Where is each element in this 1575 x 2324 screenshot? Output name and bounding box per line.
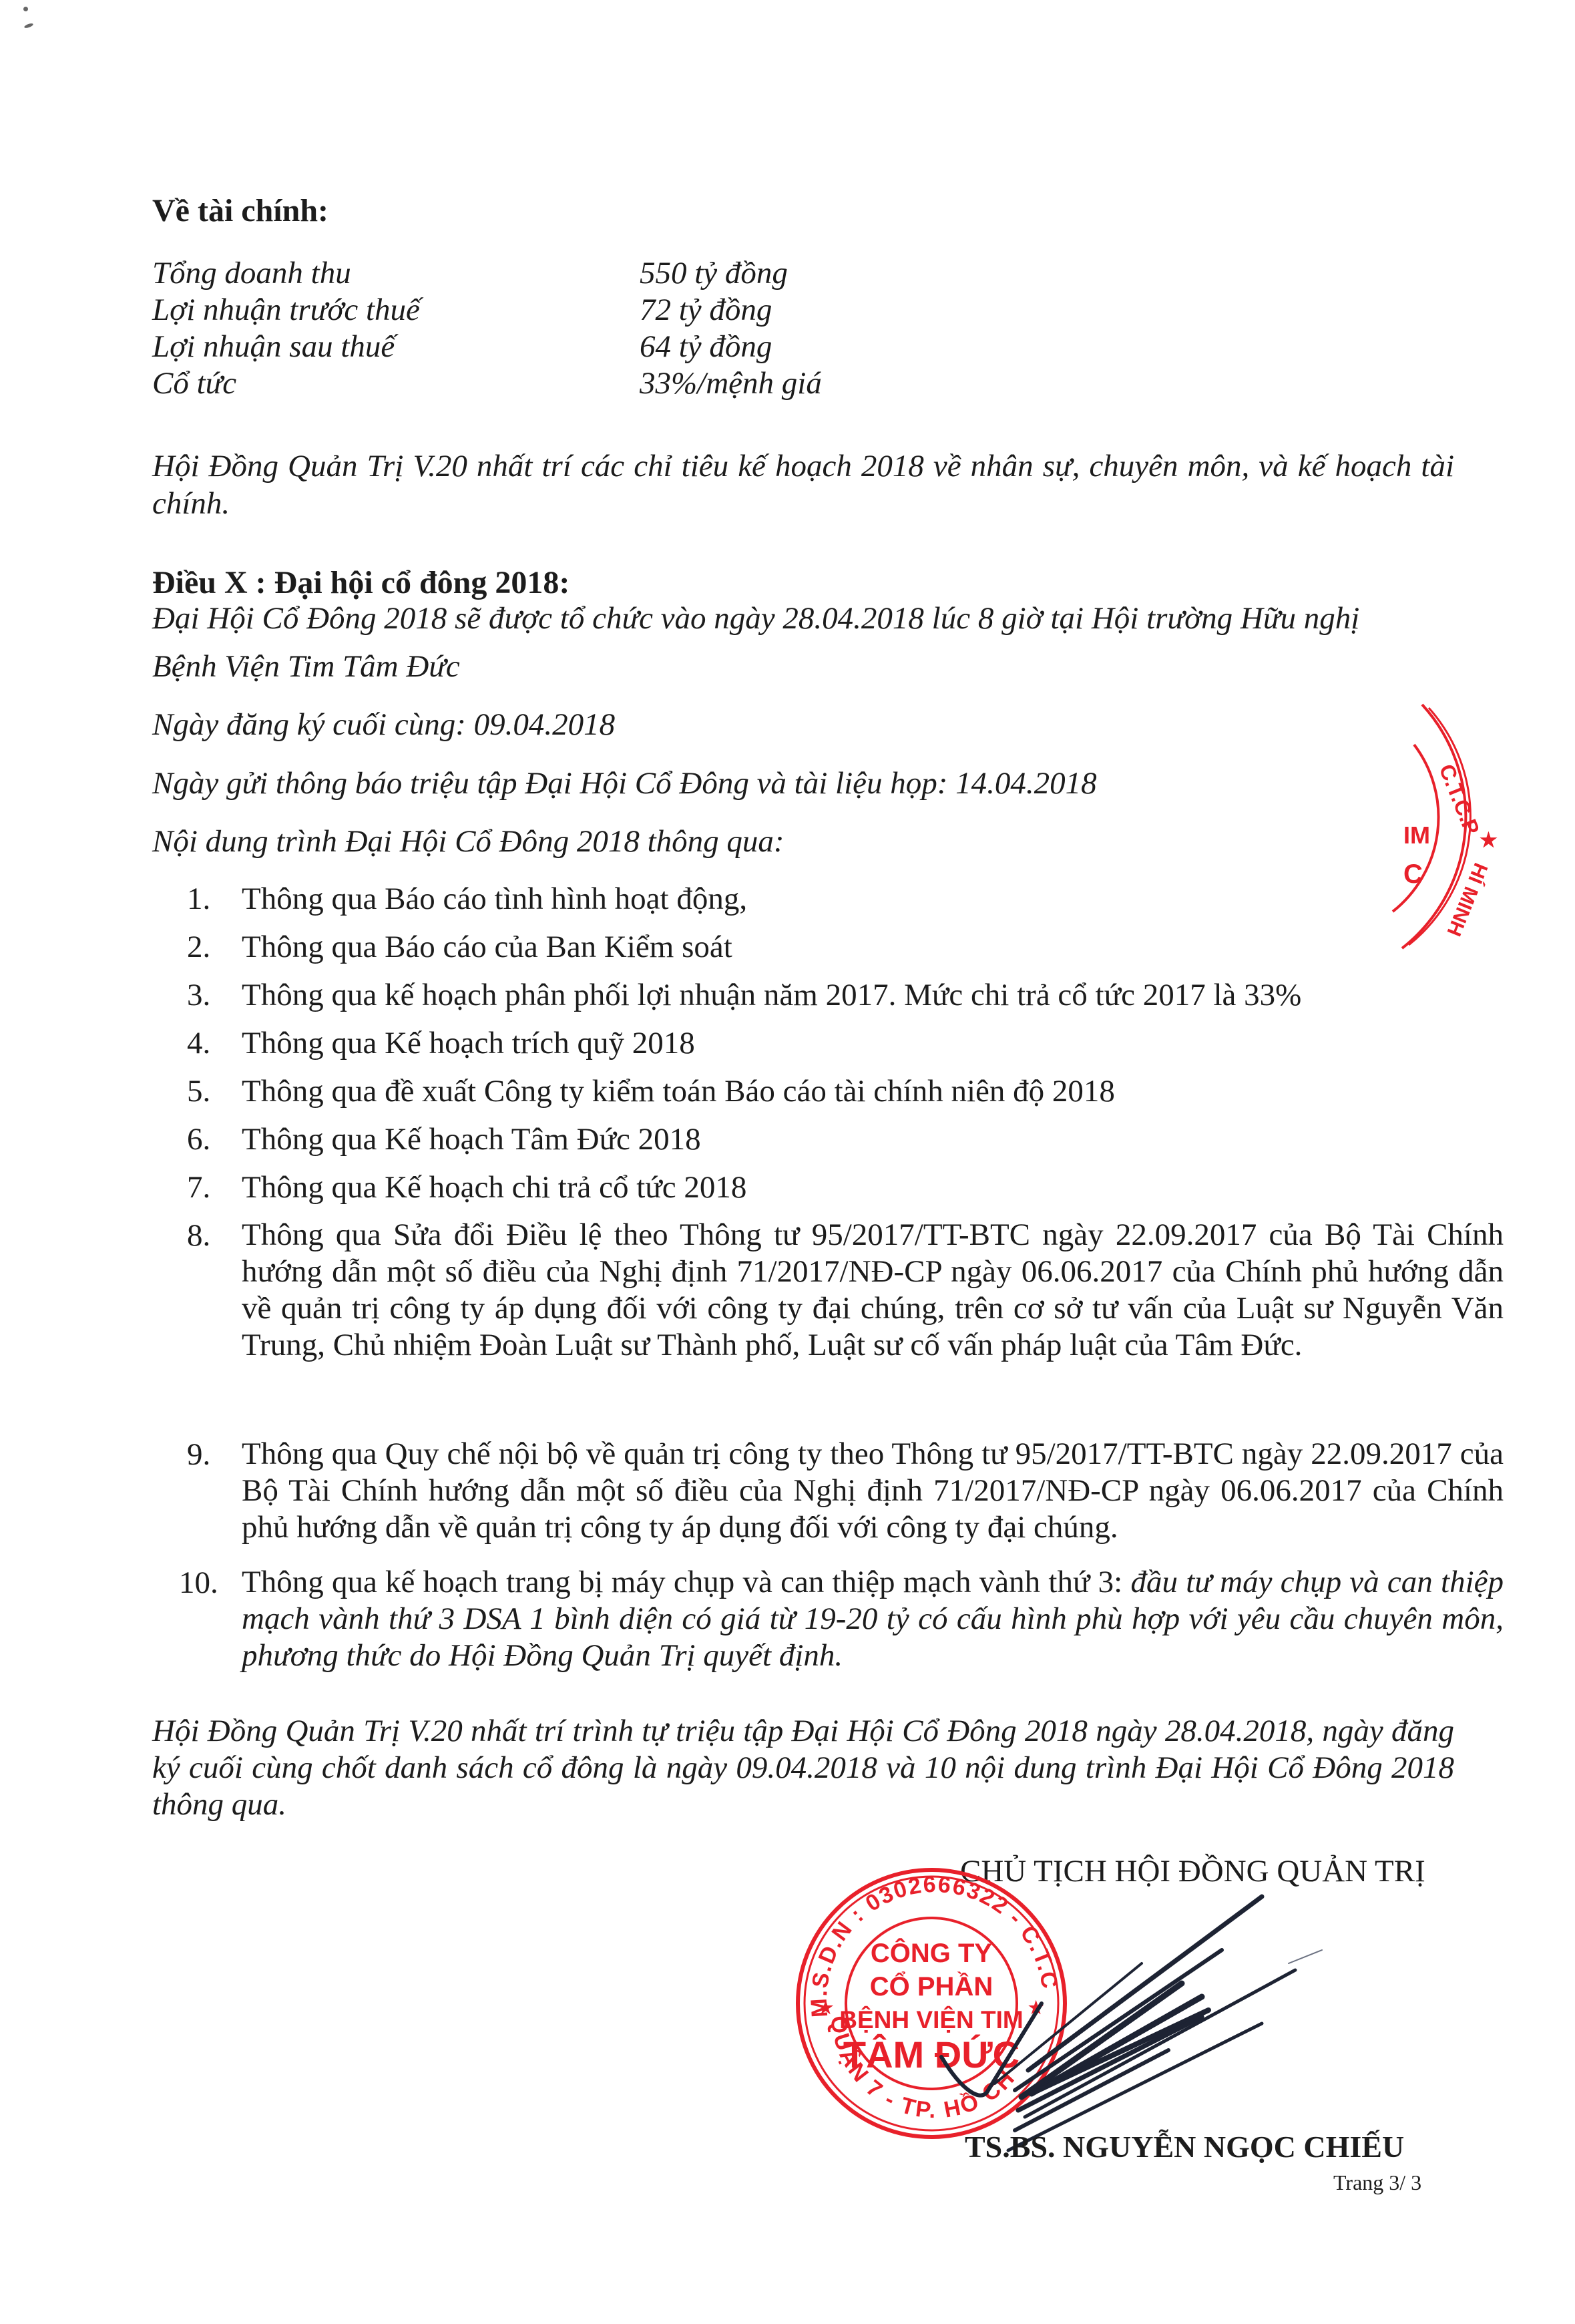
notice-date: Ngày gửi thông báo triệu tập Đại Hội Cổ … [152,765,1097,802]
agenda-text: Thông qua Quy chế nội bộ về quản trị côn… [242,1436,1504,1546]
agenda-number: 1. [187,880,240,918]
partial-company-stamp: C.T.C.P IM C ★ HÍ MINH [1329,681,1575,982]
svg-text:★: ★ [1480,829,1498,851]
signature-scribble [888,1890,1369,2170]
finance-value: 72 tỷ đồng [640,292,772,328]
finance-label: Lợi nhuận trước thuế [152,292,420,328]
finance-heading: Về tài chính: [152,192,328,229]
partial-stamp-arc-bottom: HÍ MINH [1442,859,1492,939]
scan-speck [24,23,34,29]
finance-value: 64 tỷ đồng [640,329,772,365]
meeting-line-2: Bệnh Viện Tim Tâm Đức [152,648,460,685]
agenda-number: 9. [187,1436,240,1473]
finance-label: Cổ tức [152,365,236,401]
partial-stamp-inner-2: C [1403,859,1423,889]
agenda-number: 4. [187,1024,240,1062]
partial-stamp-arc-top: C.T.C.P [1435,761,1485,838]
agenda-number: 6. [187,1121,240,1158]
agenda-text: Thông qua kế hoạch phân phối lợi nhuận n… [242,976,1504,1014]
finance-row: Lợi nhuận sau thuế 64 tỷ đồng [152,329,887,366]
agenda-text: Thông qua Sửa đổi Điều lệ theo Thông tư … [242,1217,1504,1364]
agenda-number: 5. [187,1073,240,1110]
article-heading: Điều X : Đại hội cổ đông 2018: [152,564,570,601]
agenda-text: Thông qua kế hoạch trang bị máy chụp và … [242,1564,1504,1674]
scan-speck [23,7,28,11]
finance-value: 33%/mệnh giá [640,365,822,401]
svg-text:★: ★ [818,1997,834,2017]
agenda-number: 3. [187,976,240,1014]
finance-row: Lợi nhuận trước thuế 72 tỷ đồng [152,292,887,329]
agenda-text: Thông qua Kế hoạch chi trả cổ tức 2018 [242,1169,1504,1206]
agenda-text: Thông qua Kế hoạch trích quỹ 2018 [242,1024,1504,1062]
finance-label: Lợi nhuận sau thuế [152,329,395,365]
partial-stamp-inner-1: IM [1403,821,1430,849]
agenda-text: Thông qua Báo cáo tình hình hoạt động, [242,880,1504,918]
agenda-number: 10. [179,1564,232,1601]
resolution: Hội Đồng Quản Trị V.20 nhất trí trình tự… [152,1713,1454,1823]
agenda-number: 2. [187,928,240,966]
finance-row: Tổng doanh thu 550 tỷ đồng [152,255,887,293]
finance-row: Cổ tức 33%/mệnh giá [152,365,887,403]
finance-value: 550 tỷ đồng [640,255,788,291]
finance-approval: Hội Đồng Quản Trị V.20 nhất trí các chỉ … [152,447,1454,522]
meeting-line-1: Đại Hội Cổ Đông 2018 sẽ được tổ chức vào… [152,600,1359,637]
agenda-text: Thông qua Kế hoạch Tâm Đức 2018 [242,1121,1504,1158]
agenda-text-regular: Thông qua kế hoạch trang bị máy chụp và … [242,1565,1130,1599]
agenda-text: Thông qua đề xuất Công ty kiểm toán Báo … [242,1073,1504,1110]
agenda-intro: Nội dung trình Đại Hội Cổ Đông 2018 thôn… [152,823,784,860]
finance-label: Tổng doanh thu [152,255,351,291]
agenda-text: Thông qua Báo cáo của Ban Kiểm soát [242,928,1504,966]
registration-date: Ngày đăng ký cuối cùng: 09.04.2018 [152,706,615,743]
agenda-number: 7. [187,1169,240,1206]
signatory-name: TS.BS. NGUYỄN NGỌC CHIẾU [965,2129,1404,2164]
agenda-number: 8. [187,1217,240,1254]
page-number: Trang 3/ 3 [1333,2170,1421,2195]
